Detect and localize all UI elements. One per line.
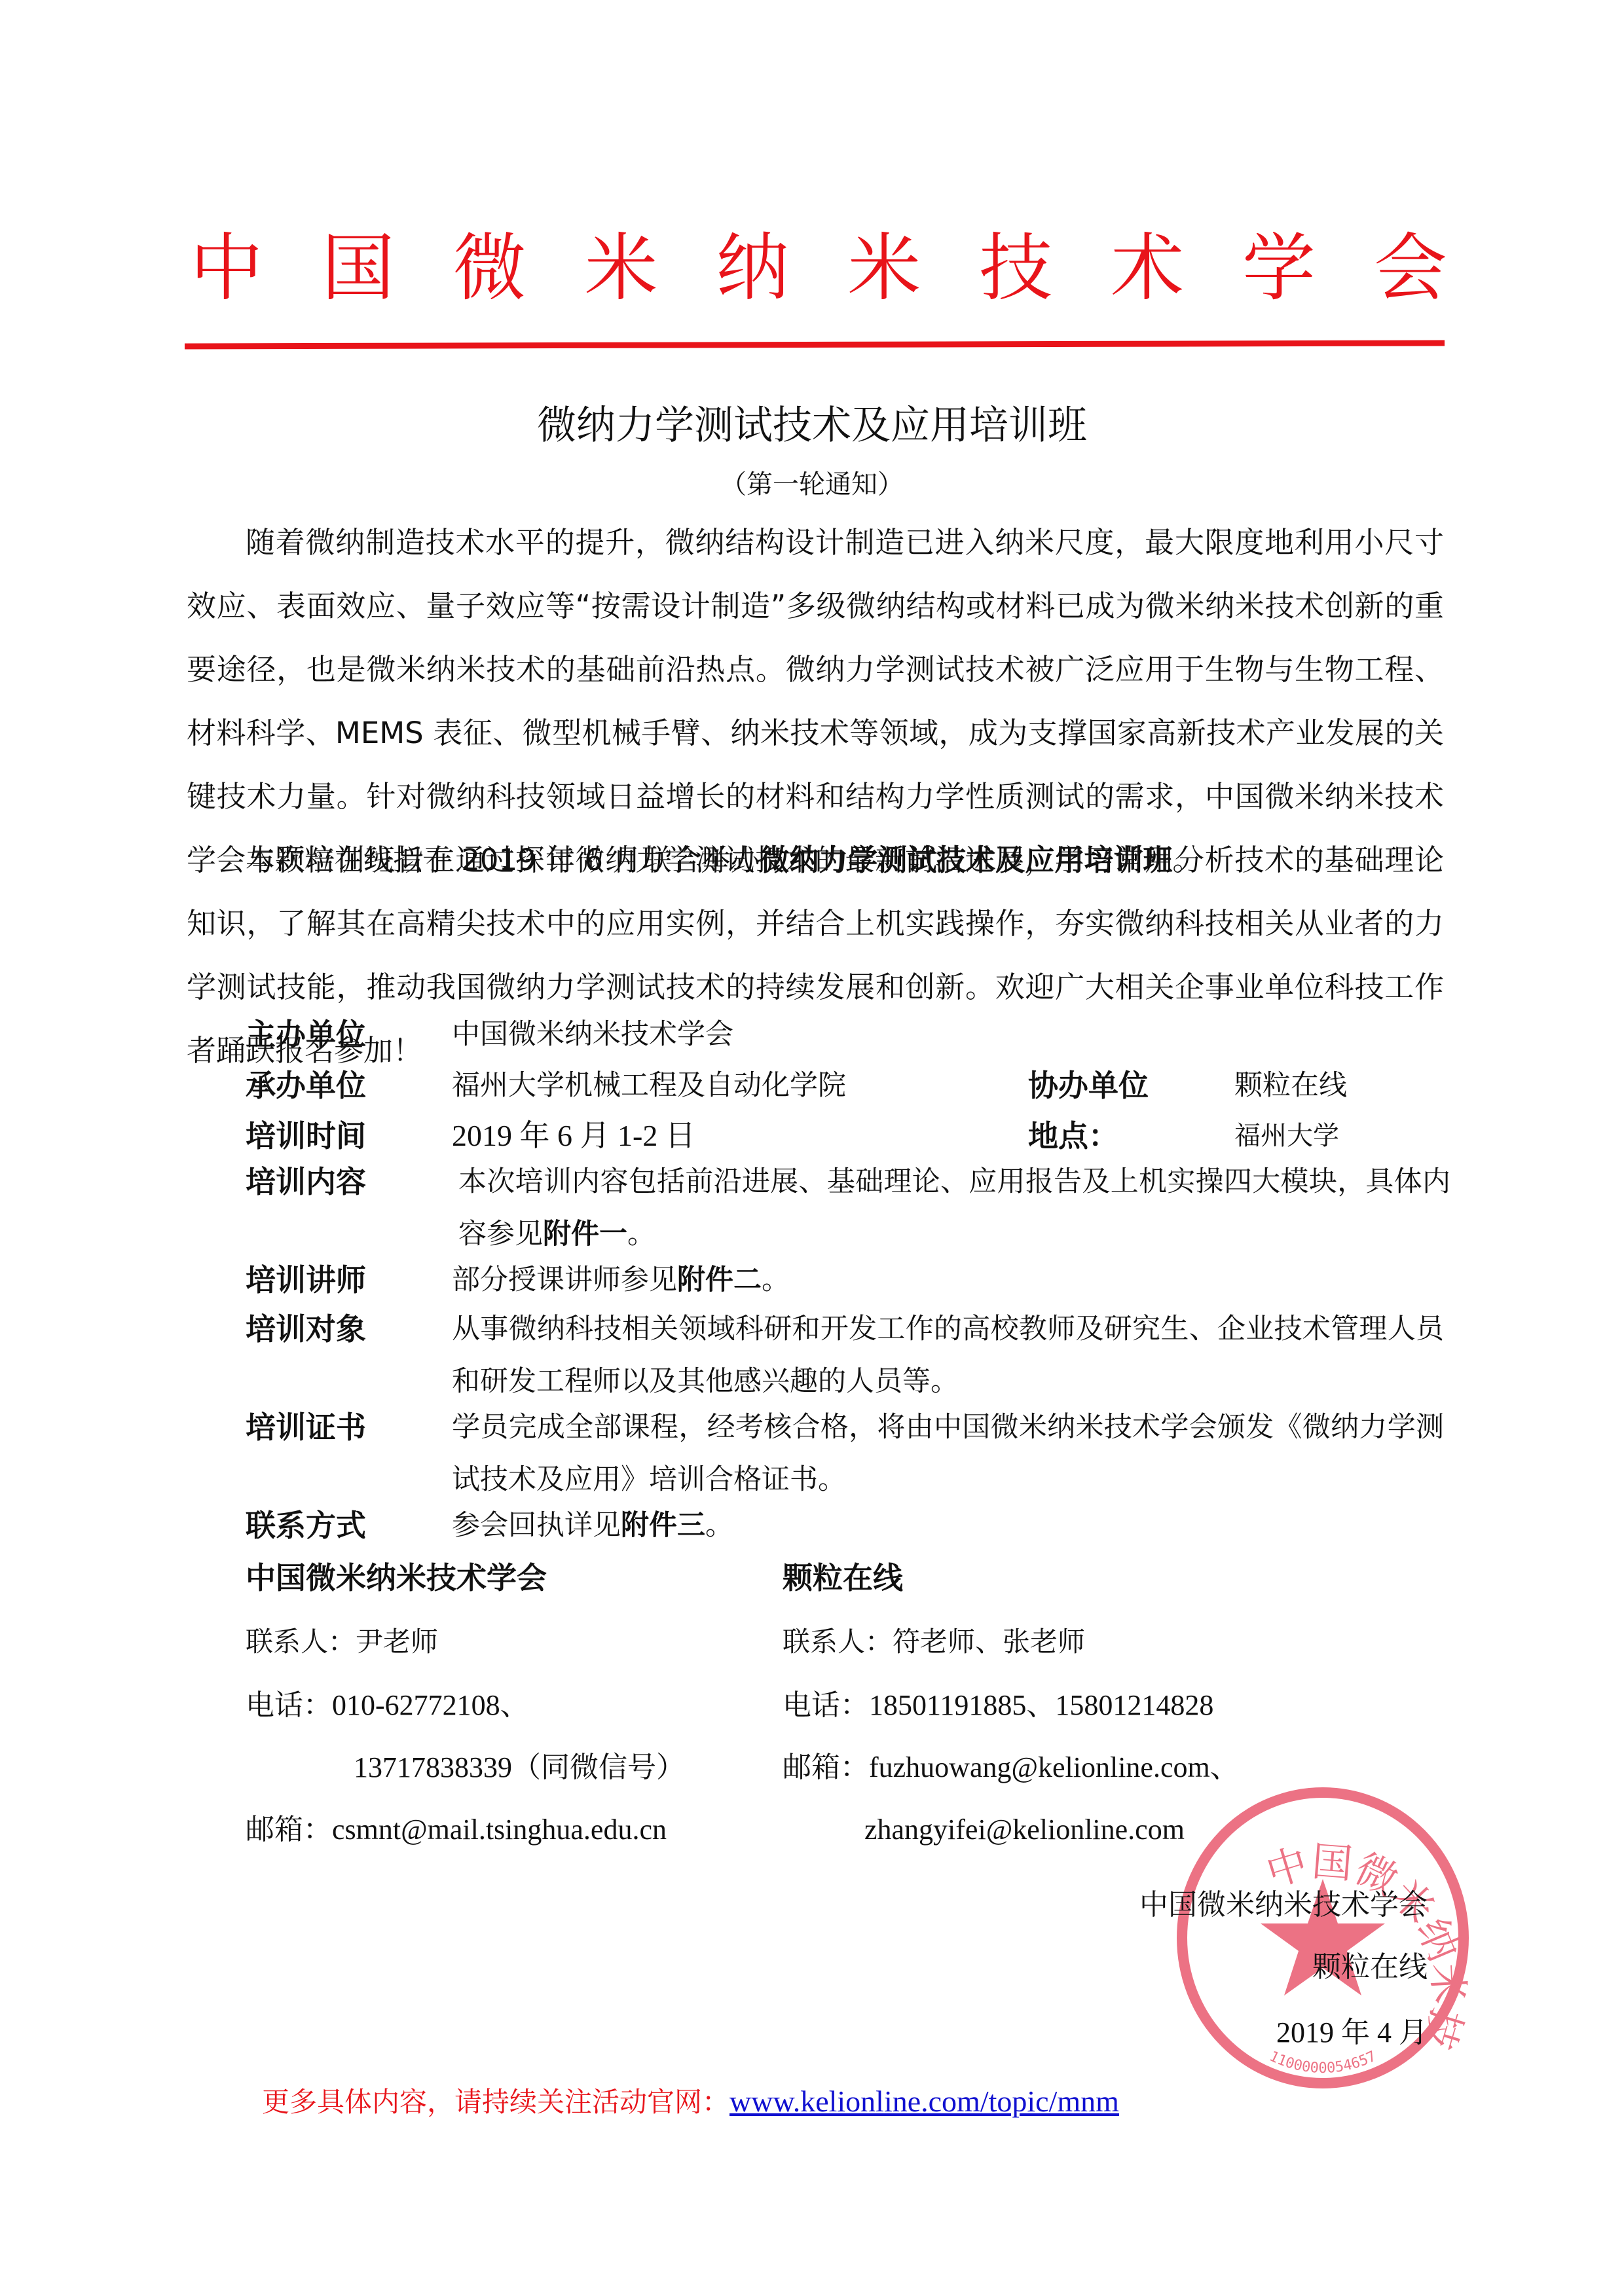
contact-right-person: 联系人：符老师、张老师 (783, 1622, 1085, 1662)
audience-label: 培训对象 (246, 1309, 366, 1349)
organizer-value: 福州大学机械工程及自动化学院 (452, 1066, 846, 1105)
co-organizer-label: 协办单位 (1028, 1066, 1149, 1105)
event-website-link[interactable]: www.kelionline.com/topic/mnm (729, 2085, 1119, 2118)
contact-right-email[interactable]: 邮箱：fuzhuowang@kelionline.com、 (783, 1748, 1239, 1787)
signature-date: 2019 年 4 月 (1276, 2013, 1428, 2052)
letterhead-char: 术 (1111, 226, 1184, 311)
content-label: 培训内容 (246, 1162, 366, 1201)
location-label: 地点： (1028, 1116, 1118, 1156)
letterhead-char: 会 (1374, 226, 1447, 311)
host-label: 主办单位 (246, 1015, 366, 1054)
contact-left-org: 中国微米纳米技术学会 (246, 1558, 547, 1597)
letterhead-char: 技 (979, 226, 1052, 311)
co-organizer-value: 颗粒在线 (1234, 1066, 1347, 1105)
signature-org-2: 颗粒在线 (1312, 1948, 1428, 1987)
letterhead-char: 米 (585, 226, 658, 311)
time-label: 培训时间 (246, 1116, 366, 1156)
audience-value: 从事微纳科技相关领域科研和开发工作的高校教师及研究生、企业技术管理人员和研发工程… (452, 1303, 1444, 1408)
footer-note: 更多具体内容，请持续关注活动官网：www.kelionline.com/topi… (262, 2082, 1119, 2122)
time-value: 2019 年 6 月 1-2 日 (452, 1116, 695, 1156)
document-title: 微纳力学测试技术及应用培训班 (0, 399, 1624, 452)
intro-text: 随着微纳制造技术水平的提升，微纳结构设计制造已进入纳米尺度，最大限度地利用小尺寸… (187, 525, 1444, 877)
content-end: 。 (627, 1218, 655, 1250)
lecturer-text: 部分授课讲师参见 (452, 1264, 677, 1296)
attachment-2-ref: 附件二 (677, 1264, 762, 1296)
contact-left-phone2: 13717838339（同微信号） (354, 1748, 685, 1787)
letterhead-divider (185, 340, 1445, 349)
footer-lead-text: 更多具体内容，请持续关注活动官网： (262, 2086, 729, 2118)
contact-value: 参会回执详见附件三。 (452, 1506, 733, 1545)
letterhead-char: 学 (1242, 226, 1316, 311)
certificate-label: 培训证书 (246, 1408, 366, 1447)
contact-left-phone: 电话：010-62772108、 (246, 1686, 529, 1725)
letterhead-char: 微 (453, 226, 526, 311)
attachment-1-ref: 附件一 (543, 1218, 627, 1250)
host-value: 中国微米纳米技术学会 (452, 1015, 733, 1054)
lecturer-value: 部分授课讲师参见附件二。 (452, 1260, 790, 1300)
contact-right-email2[interactable]: zhangyifei@kelionline.com (864, 1810, 1185, 1850)
attachment-3-ref: 附件三 (621, 1509, 705, 1542)
contact-right-phone: 电话：18501191885、15801214828 (783, 1686, 1213, 1725)
letterhead-char: 米 (847, 226, 921, 311)
content-value: 本次培训内容包括前沿进展、基础理论、应用报告及上机实操四大模块，具体内容参见附件… (458, 1156, 1450, 1260)
letterhead-char: 纳 (716, 226, 790, 311)
signature-org-1: 中国微米纳米技术学会 (1139, 1886, 1428, 1925)
location-value: 福州大学 (1234, 1116, 1339, 1156)
document-subtitle: （第一轮通知） (0, 466, 1624, 503)
intro-paragraph-2: 本次培训班旨在通过探讨微纳力学测试技术的最新前沿进展，学习常用分析技术的基础理论… (187, 828, 1444, 1082)
contact-left-person: 联系人：尹老师 (246, 1622, 438, 1662)
contact-right-org: 颗粒在线 (783, 1558, 903, 1597)
org-letterhead-title: 中 国 微 米 纳 米 技 术 学 会 (190, 226, 1447, 311)
letterhead-char: 中 (190, 226, 263, 311)
contact-label: 联系方式 (246, 1506, 366, 1545)
certificate-value: 学员完成全部课程，经考核合格，将由中国微米纳米技术学会颁发《微纳力学测试技术及应… (452, 1401, 1444, 1506)
contact-text: 参会回执详见 (452, 1509, 621, 1542)
letterhead-char: 国 (322, 226, 395, 311)
lecturer-end: 。 (762, 1264, 790, 1296)
contact-left-email[interactable]: 邮箱：csmnt@mail.tsinghua.edu.cn (246, 1810, 667, 1850)
contact-end: 。 (705, 1509, 733, 1542)
organizer-label: 承办单位 (246, 1066, 366, 1105)
lecturer-label: 培训讲师 (246, 1260, 366, 1300)
